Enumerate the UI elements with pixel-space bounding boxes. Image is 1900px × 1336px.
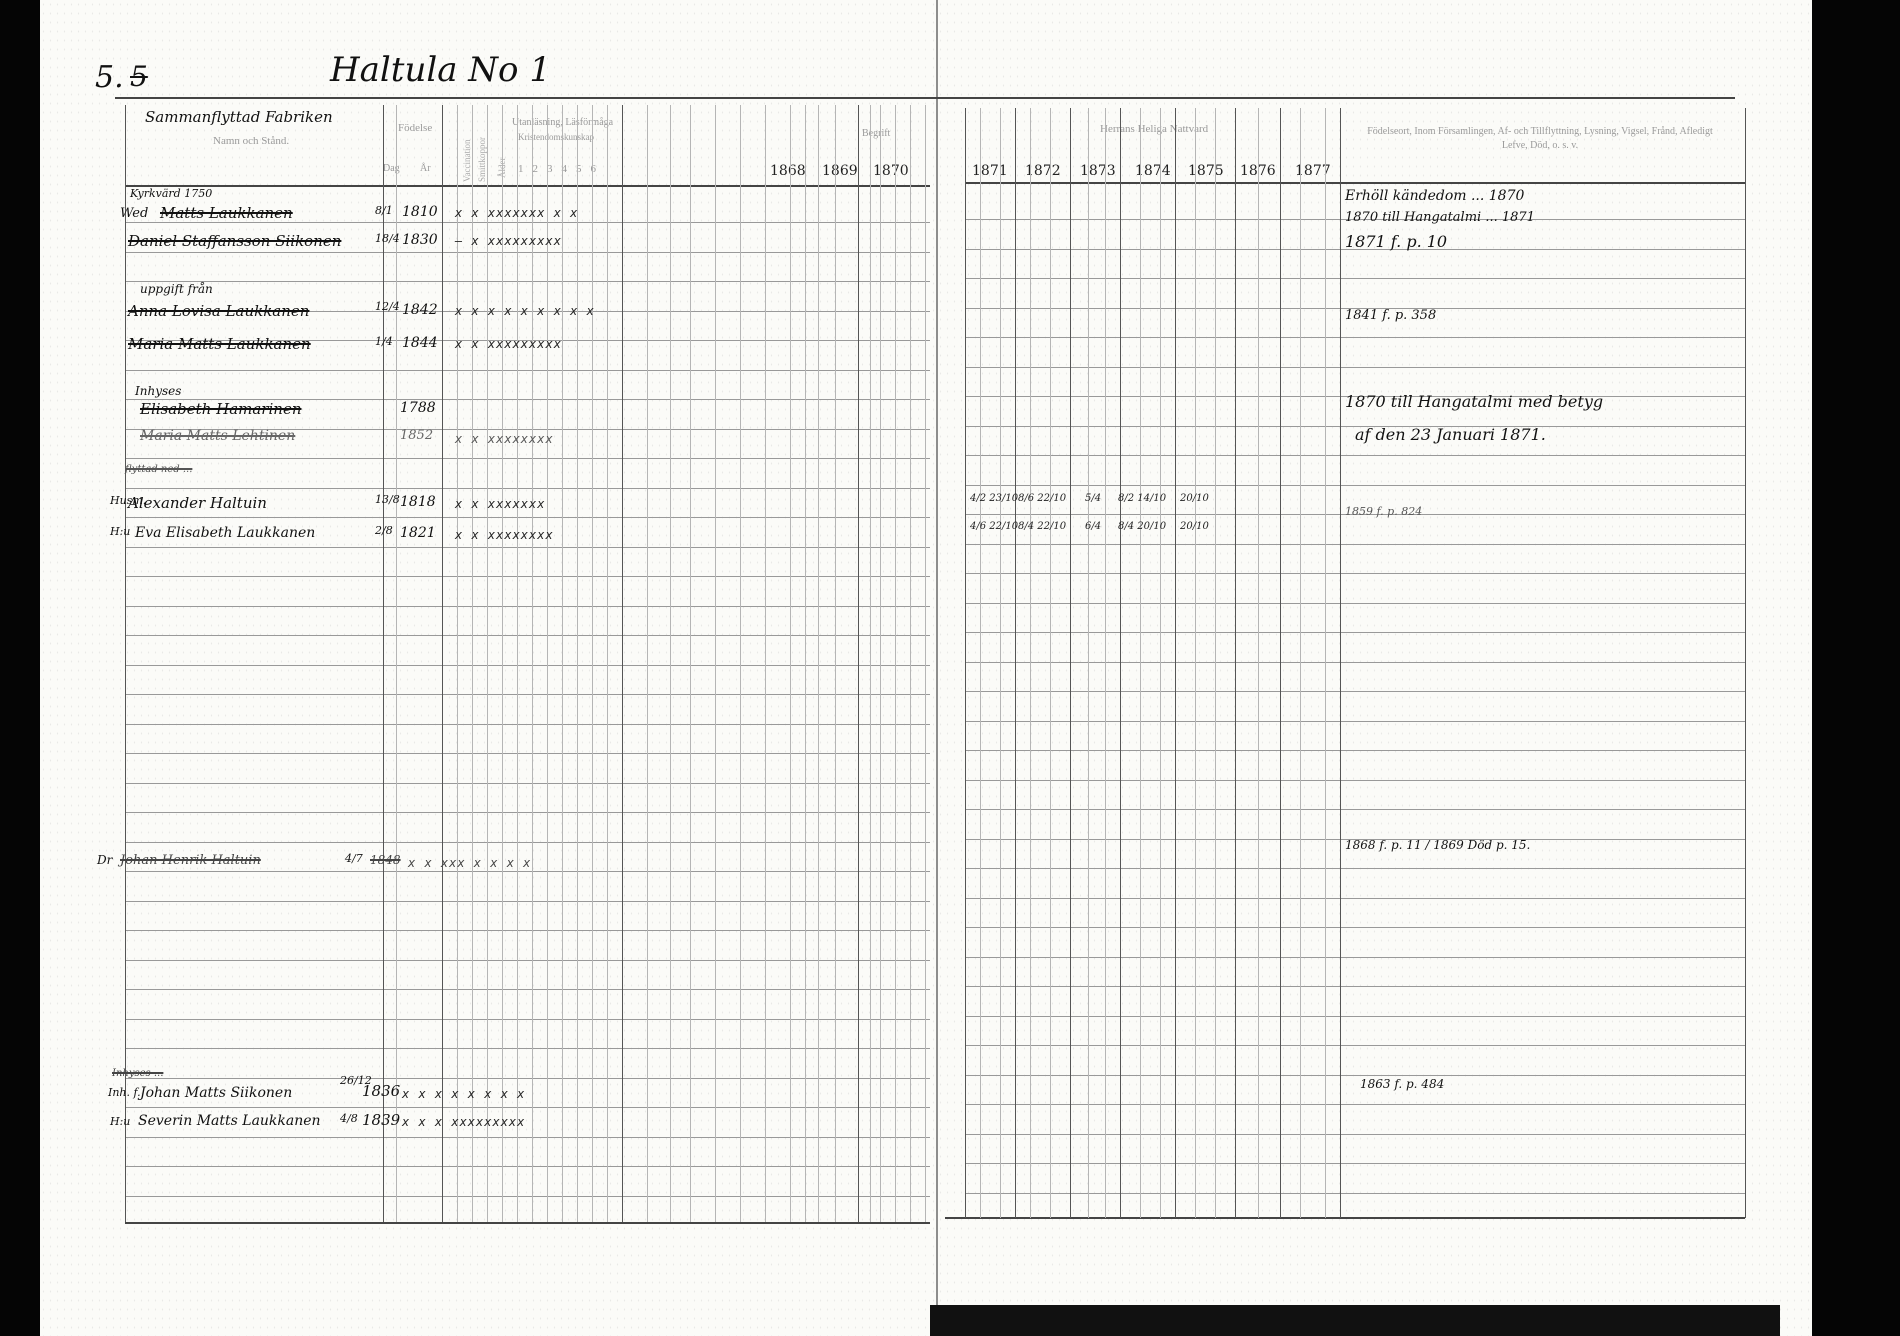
header-moved-in: Begrift [862, 128, 890, 139]
row-literacy-marks: x x xxx x x x x [408, 856, 531, 870]
header-vaccination: Vaccination [462, 112, 472, 182]
row-note: uppgift från [140, 282, 213, 296]
row-line [965, 750, 1745, 751]
row-line [125, 547, 930, 548]
row-line [125, 222, 930, 223]
header-names: Namn och Stånd. [213, 135, 289, 147]
row-remark: 1868 f. p. 11 / 1869 Död p. 15. [1345, 838, 1530, 852]
bottom-rule [125, 1222, 930, 1224]
column-line [532, 105, 533, 1222]
row-literacy-marks: x x xxxxxxxxx [455, 337, 562, 351]
row-line [125, 370, 930, 371]
row-birth-year: 1810 [402, 204, 438, 220]
row-birth-year: 1836 [362, 1082, 400, 1100]
row-birth-day: 18/4 [375, 232, 400, 245]
column-line [1258, 108, 1259, 1218]
page-number-struck: 5 [130, 60, 148, 93]
row-birth-year: 1844 [402, 335, 438, 351]
row-line [125, 576, 930, 577]
row-line [125, 753, 930, 754]
communion-date: 8/6 22/10 [1018, 494, 1066, 504]
column-line [818, 105, 819, 1222]
row-line [125, 960, 930, 961]
year-1875: 1875 [1188, 163, 1224, 179]
column-line [472, 105, 473, 1222]
row-birth-year: 1821 [400, 525, 436, 541]
row-line [965, 1104, 1745, 1105]
row-birth-day: 12/4 [375, 300, 400, 313]
communion-date: 4/6 22/10 [970, 522, 1018, 532]
column-line [383, 105, 384, 1222]
row-birth-day: 1/4 [375, 335, 393, 348]
bottom-rule [945, 1217, 1745, 1219]
row-line [125, 930, 930, 931]
row-name: Johan Matts Siikonen [140, 1085, 292, 1101]
column-line [1000, 108, 1001, 1218]
column-line [670, 105, 671, 1222]
row-line [125, 517, 930, 518]
column-line [1070, 108, 1071, 1218]
row-line [965, 182, 1745, 184]
column-line [765, 105, 766, 1222]
column-line [1325, 108, 1326, 1218]
column-line [805, 105, 806, 1222]
row-line [965, 868, 1745, 869]
column-line [562, 105, 563, 1222]
year-1871: 1871 [972, 163, 1008, 179]
column-line [1195, 108, 1196, 1218]
column-line [592, 105, 593, 1222]
column-line [1050, 108, 1051, 1218]
row-line [965, 337, 1745, 338]
row-line [125, 901, 930, 902]
row-line [125, 1048, 930, 1049]
column-line [1340, 108, 1341, 1218]
row-line [125, 724, 930, 725]
row-line [965, 455, 1745, 456]
row-remark: 1871 f. p. 10 [1345, 232, 1447, 251]
row-line [965, 1045, 1745, 1046]
communion-date: 6/4 [1085, 522, 1101, 532]
row-line [125, 185, 930, 187]
column-line [1120, 108, 1121, 1218]
row-birth-day: 2/8 [375, 524, 393, 537]
row-literacy-marks: — x xxxxxxxxx [455, 234, 562, 248]
row-birth-year: 1852 [400, 428, 433, 443]
row-birth-year: 1839 [362, 1111, 400, 1129]
communion-date: 8/4 20/10 [1118, 522, 1166, 532]
column-line [1088, 108, 1089, 1218]
row-remark: 1870 till Hangatalmi med betyg [1345, 392, 1603, 411]
row-birth-year: 1842 [402, 302, 438, 318]
column-line [125, 105, 126, 1222]
row-birth-day: 4/7 [345, 852, 363, 865]
row-birth-day: 8/1 [375, 204, 393, 217]
row-line [965, 1193, 1745, 1194]
row-line [965, 544, 1745, 545]
row-line [125, 458, 930, 459]
column-line [1235, 108, 1236, 1218]
row-literacy-marks: x x xxxxxxx x x [455, 206, 578, 220]
row-birth-year: 1830 [402, 232, 438, 248]
row-line [125, 1078, 930, 1079]
column-line [925, 105, 926, 1222]
row-birth-year: 1848 [370, 853, 401, 867]
row-name: Eva Elisabeth Laukkanen [135, 525, 315, 541]
column-line [1215, 108, 1216, 1218]
column-line [547, 105, 548, 1222]
row-line [125, 989, 930, 990]
column-line [396, 105, 397, 1222]
row-line [125, 281, 930, 282]
column-line [487, 105, 488, 1222]
row-line [965, 632, 1745, 633]
column-line [457, 105, 458, 1222]
column-line [910, 105, 911, 1222]
row-line [965, 986, 1745, 987]
column-line [715, 105, 716, 1222]
year-1870: 1870 [873, 163, 909, 179]
row-name: Matts Laukkanen [160, 204, 293, 222]
row-name: Maria Matts Lehtinen [140, 428, 295, 444]
row-line [965, 898, 1745, 899]
row-name: Alexander Haltuin [128, 494, 267, 512]
header-remarks: Födelseort, Inom Församlingen, Af- och T… [1360, 125, 1720, 153]
row-note: Kyrkvärd 1750 [130, 187, 212, 200]
row-birth-year: 1818 [400, 494, 436, 510]
row-line [125, 665, 930, 666]
column-line [790, 105, 791, 1222]
row-line [965, 278, 1745, 279]
communion-date: 8/2 14/10 [1118, 494, 1166, 504]
row-name: Johan Henrik Haltuin [120, 853, 261, 868]
header-smallpox: Smittkoppor [477, 112, 487, 182]
row-line [965, 809, 1745, 810]
row-prefix: Wed [120, 206, 148, 221]
column-line [980, 108, 981, 1218]
row-remark: 1841 f. p. 358 [1345, 308, 1436, 323]
row-line [125, 783, 930, 784]
communion-date: 8/4 22/10 [1018, 522, 1066, 532]
header-birth: Födelse [398, 122, 432, 134]
row-literacy-marks: x x xxxxxxxx [455, 432, 554, 446]
column-line [502, 105, 503, 1222]
row-line [125, 1137, 930, 1138]
row-line [965, 485, 1745, 486]
row-line [125, 871, 930, 872]
row-name: Daniel Staffansson Siikonen [128, 232, 341, 250]
column-line [1030, 108, 1031, 1218]
column-line [517, 105, 518, 1222]
row-line [125, 488, 930, 489]
row-line [125, 635, 930, 636]
row-prefix: H:u [110, 525, 130, 538]
row-line [965, 957, 1745, 958]
row-line [965, 721, 1745, 722]
row-prefix: Inh. f. [108, 1086, 141, 1099]
column-line [835, 105, 836, 1222]
row-birth-year: 1788 [400, 400, 436, 416]
row-line [965, 927, 1745, 928]
column-line [577, 105, 578, 1222]
page-gutter [936, 0, 938, 1336]
row-prefix: H:u [110, 1115, 130, 1128]
row-remark: 1859 f. p. 824 [1345, 505, 1422, 518]
row-prefix: Dr [97, 853, 112, 867]
column-line [1175, 108, 1176, 1218]
row-remark: Erhöll kändedom ... 1870 [1345, 188, 1524, 204]
row-remark: 1863 f. p. 484 [1360, 1077, 1444, 1091]
row-line [125, 606, 930, 607]
year-1873: 1873 [1080, 163, 1116, 179]
column-line [858, 105, 859, 1222]
row-remark: 1870 till Hangatalmi ... 1871 [1345, 210, 1535, 225]
column-line [1105, 108, 1106, 1218]
year-1868: 1868 [770, 163, 806, 179]
row-line [125, 1166, 930, 1167]
row-note: Inhyses [135, 384, 181, 398]
row-line [125, 812, 930, 813]
column-line [965, 108, 966, 1218]
row-line [125, 842, 930, 843]
row-line [965, 603, 1745, 604]
communion-date: 20/10 [1180, 522, 1209, 532]
row-line [965, 780, 1745, 781]
column-line [880, 105, 881, 1222]
row-line [965, 573, 1745, 574]
row-birth-day: 4/8 [340, 1112, 358, 1125]
row-line [125, 694, 930, 695]
section-note: Sammanflyttad Fabriken [145, 108, 333, 126]
row-line [125, 1196, 930, 1197]
row-line [965, 1075, 1745, 1076]
row-name: Maria Matts Laukkanen [128, 335, 311, 353]
row-line [965, 1163, 1745, 1164]
column-line [442, 105, 443, 1222]
communion-date: 4/2 23/10 [970, 494, 1018, 504]
column-line [1745, 108, 1746, 1218]
row-remark: af den 23 Januari 1871. [1355, 425, 1546, 444]
top-rule [115, 97, 1735, 99]
column-line [740, 105, 741, 1222]
header-literacy-sub: Kristendomskunskap [518, 132, 594, 142]
row-note: flyttad ned ... [125, 464, 192, 475]
row-literacy-marks: x x x x x x x x x [455, 304, 595, 318]
communion-date: 5/4 [1085, 494, 1101, 504]
column-line [690, 105, 691, 1222]
row-line [965, 691, 1745, 692]
row-name: Anna Lovisa Laukkanen [128, 302, 309, 320]
row-literacy-marks: x x xxxxxxx [455, 497, 545, 511]
communion-date: 20/10 [1180, 494, 1209, 504]
header-birth-day: Dag [383, 163, 400, 174]
page-number: 5. [95, 60, 124, 95]
row-line [125, 1107, 930, 1108]
year-1869: 1869 [822, 163, 858, 179]
row-literacy-marks: x x x x x x x x [402, 1087, 525, 1101]
row-line [965, 1016, 1745, 1017]
row-line [965, 1134, 1745, 1135]
row-line [125, 1019, 930, 1020]
column-line [870, 105, 871, 1222]
column-line [1300, 108, 1301, 1218]
row-literacy-marks: x x x xxxxxxxxx [402, 1115, 525, 1129]
row-literacy-marks: x x xxxxxxxx [455, 528, 554, 542]
column-line [647, 105, 648, 1222]
column-line [622, 105, 623, 1222]
row-line [125, 252, 930, 253]
row-name: Severin Matts Laukkanen [138, 1113, 321, 1129]
column-line [1015, 108, 1016, 1218]
column-line [1140, 108, 1141, 1218]
scan-shadow [930, 1305, 1780, 1336]
column-line [607, 105, 608, 1222]
row-note: Inhyses ... [112, 1068, 163, 1079]
row-line [965, 367, 1745, 368]
row-birth-day: 13/8 [375, 493, 400, 506]
page-title: Haltula No 1 [330, 50, 551, 90]
column-line [1160, 108, 1161, 1218]
header-birth-year: År [420, 163, 431, 174]
row-name: Elisabeth Hamarinen [140, 400, 301, 418]
column-line [1280, 108, 1281, 1218]
row-line [965, 662, 1745, 663]
column-line [895, 105, 896, 1222]
header-communion: Herrans Heliga Nattvard [1100, 123, 1208, 135]
